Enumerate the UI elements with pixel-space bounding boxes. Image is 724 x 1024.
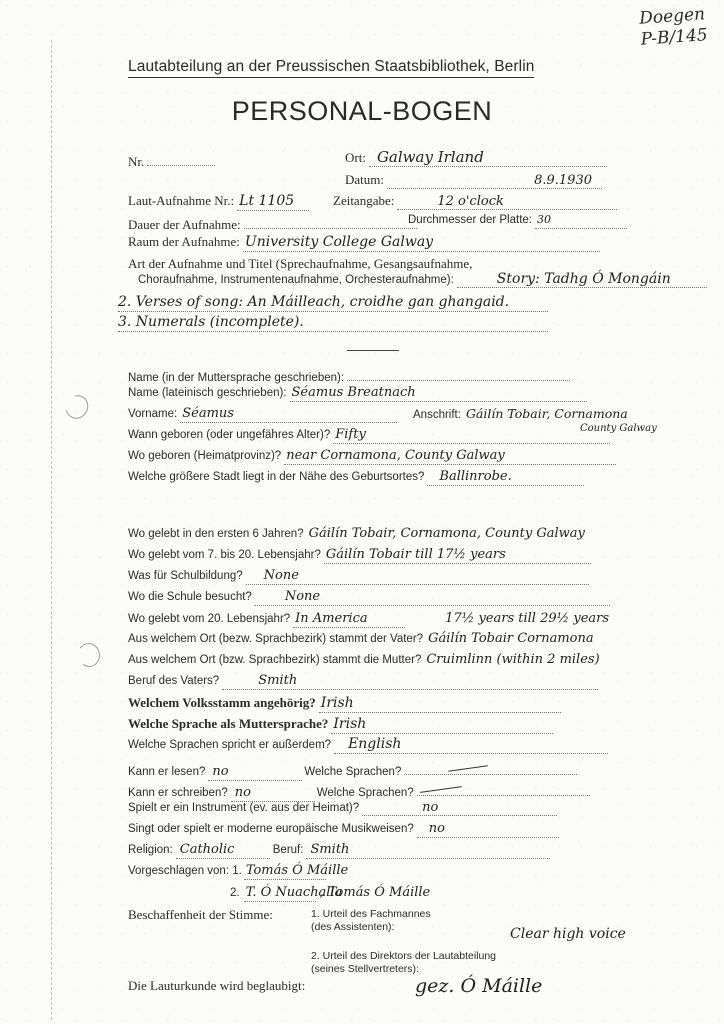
field-sprachen: Welche Sprachen spricht er außerdem? Eng… (128, 738, 608, 754)
field-value[interactable]: Tomás Ó Máille (244, 864, 326, 880)
field-label: Kann er lesen? (128, 766, 205, 778)
field-value[interactable]: no (417, 822, 559, 838)
field-label: Aus welchem Ort (bzw. Sprachbezirk) stam… (128, 654, 421, 666)
field-value[interactable]: Smith (306, 843, 550, 859)
field-value[interactable]: near Cornamona, County Galway (284, 449, 616, 465)
field-label: Durchmesser der Platte: (408, 214, 532, 226)
field-value[interactable]: Gáilín Tobair, Cornamona, County Galway (307, 527, 649, 542)
field-value[interactable]: Gáilín Tobair till 17½ years (324, 548, 591, 564)
field-label: Dauer der Aufnahme: (128, 217, 241, 233)
field-label: 2. Urteil des Direktors der Lautabteilun… (311, 950, 496, 963)
field-label: Anschrift: (413, 409, 461, 421)
field-ort: Ort: Galway Irland (345, 150, 607, 167)
field-label: Welche Sprachen? (317, 787, 414, 799)
field-dauer: Dauer der Aufnahme: (128, 213, 417, 233)
field-name-latin: Name (lateinisch geschrieben): Séamus Br… (128, 386, 587, 402)
field-zeitangabe: Zeitangabe: 12 o'clock (333, 193, 617, 210)
field-value[interactable] (147, 150, 215, 166)
field-religion: Religion: Catholic Beruf: Smith (128, 843, 550, 859)
field-schule: Wo die Schule besucht? None (128, 590, 610, 606)
field-label: Beruf: (273, 844, 304, 856)
field-value[interactable] (347, 365, 570, 381)
signature[interactable]: gez. Ó Máille (415, 975, 542, 997)
field-art-3: 3. Numerals (incomplete). (118, 316, 548, 332)
field-vorgeschlagen-2: 2. T. Ó Nuachalla , Tomás Ó Máille (230, 885, 430, 902)
field-label: Nr. (128, 154, 144, 170)
field-value[interactable]: Irish (319, 697, 561, 713)
field-geboren-wann: Wann geboren (oder ungefähres Alter)? Fi… (128, 428, 610, 444)
field-label: Raum der Aufnahme: (128, 234, 240, 250)
field-label: Name (lateinisch geschrieben): (128, 387, 287, 399)
archive-reference: Doegen P-B/145 (639, 3, 722, 50)
field-label: Laut-Aufnahme Nr.: (128, 193, 234, 209)
field-value[interactable]: Fifty (333, 428, 610, 444)
field-label: Spielt er ein Instrument (ev. aus der He… (128, 802, 359, 814)
field-value-secondary[interactable]: 17½ years till 29½ years (445, 611, 609, 626)
field-name-mother-tongue: Name (in der Muttersprache geschrieben): (128, 365, 570, 384)
field-schreiben: Kann er schreiben? no Welche Sprachen? (128, 780, 590, 802)
field-value[interactable]: Lt 1105 (237, 195, 309, 211)
field-value[interactable]: Ballinrobe. (427, 470, 584, 486)
field-muttersprache: Welche Sprache als Muttersprache? Irish (128, 716, 553, 734)
field-label: Vorname: (128, 408, 177, 420)
field-label: Art der Aufnahme und Titel (Sprechaufnah… (128, 256, 472, 272)
field-value[interactable]: Catholic (176, 843, 270, 859)
field-label: Wo gelebt vom 7. bis 20. Lebensjahr? (128, 549, 321, 561)
field-value[interactable]: 2. Verses of song: An Máilleach, croidhe… (118, 296, 548, 312)
field-instrument: Spielt er ein Instrument (ev. aus der He… (128, 801, 557, 816)
field-value[interactable] (404, 759, 577, 775)
field-stimme: Beschaffenheit der Stimme: (128, 907, 273, 923)
field-value[interactable]: None (255, 590, 610, 606)
field-value[interactable]: T. Ó Nuachalla (244, 886, 316, 902)
field-jahre-7-20: Wo gelebt vom 7. bis 20. Lebensjahr? Gái… (128, 548, 591, 564)
field-value[interactable]: Smith (222, 674, 598, 690)
urteil-direktor: 2. Urteil des Direktors der Lautabteilun… (311, 950, 496, 976)
field-label: Welche Sprachen spricht er außerdem? (128, 739, 331, 751)
field-label: Wo geboren (Heimatprovinz)? (128, 450, 281, 462)
field-label: Welche Sprachen? (304, 766, 401, 778)
field-label: Welche Sprache als Muttersprache? (128, 716, 328, 732)
field-geboren-wo: Wo geboren (Heimatprovinz)? near Cornamo… (128, 449, 616, 465)
field-label: 2. (230, 887, 240, 899)
field-musik: Singt oder spielt er moderne europäische… (128, 822, 559, 838)
field-label: Welchem Volksstamm angehörig? (128, 695, 316, 711)
field-value[interactable]: 3. Numerals (incomplete). (118, 316, 548, 332)
field-label: Beschaffenheit der Stimme: (128, 907, 273, 923)
field-label: Die Lauturkunde wird beglaubigt: (128, 978, 305, 994)
field-label: Was für Schulbildung? (128, 570, 243, 582)
field-vorgeschlagen-1: Vorgeschlagen von: 1. Tomás Ó Máille (128, 864, 326, 880)
field-label: 1. Urteil des Fachmannes (311, 908, 431, 921)
field-value[interactable]: no (208, 765, 302, 781)
field-beruf-vater: Beruf des Vaters? Smith (128, 674, 598, 690)
field-vater-ort: Aus welchem Ort (bezw. Sprachbezirk) sta… (128, 632, 613, 647)
field-laut-aufnahme: Laut-Aufnahme Nr.: Lt 1105 (128, 193, 309, 211)
field-label: Wo gelebt vom 20. Lebensjahr? (128, 613, 290, 625)
field-value[interactable]: Clear high voice (510, 926, 626, 942)
field-value[interactable]: University College Galway (243, 236, 600, 252)
field-nr: Nr. (128, 150, 215, 170)
field-art-2: 2. Verses of song: An Máilleach, croidhe… (118, 296, 548, 312)
form-title: PERSONAL-BOGEN (0, 96, 724, 127)
field-value[interactable]: Séamus Breatnach (290, 386, 587, 402)
field-label: Wann geboren (oder ungefähres Alter)? (128, 429, 330, 441)
field-label: Wo die Schule besucht? (128, 591, 252, 603)
field-value[interactable]: Gáilín Tobair, Cornamona (464, 407, 671, 422)
field-value[interactable]: no (362, 801, 557, 816)
field-value[interactable]: Galway Irland (369, 151, 607, 167)
field-stadt: Welche größere Stadt liegt in der Nähe d… (128, 470, 584, 486)
field-value[interactable]: In America (293, 612, 405, 628)
field-raum: Raum der Aufnahme: University College Ga… (128, 234, 600, 252)
field-label: Ort: (345, 150, 366, 166)
institution-heading: Lautabteilung an der Preussischen Staats… (128, 58, 534, 78)
field-label: Choraufnahme, Instrumentenaufnahme, Orch… (138, 274, 454, 286)
field-label: Name (in der Muttersprache geschrieben): (128, 372, 344, 384)
field-value[interactable]: 12 o'clock (397, 195, 617, 210)
field-ab-20: Wo gelebt vom 20. Lebensjahr? In America… (128, 611, 609, 628)
field-schulbildung: Was für Schulbildung? None (128, 569, 589, 585)
field-label: Beruf des Vaters? (128, 675, 219, 687)
field-label: Vorgeschlagen von: 1. (128, 865, 242, 877)
field-label: Wo gelebt in den ersten 6 Jahren? (128, 528, 304, 540)
field-label: (des Assistenten): (311, 921, 431, 934)
field-mutter-ort: Aus welchem Ort (bzw. Sprachbezirk) stam… (128, 653, 626, 668)
field-erste-6-jahre: Wo gelebt in den ersten 6 Jahren? Gáilín… (128, 527, 649, 542)
urteil-fachmann: 1. Urteil des Fachmannes (des Assistente… (311, 908, 431, 934)
field-label: Welche größere Stadt liegt in der Nähe d… (128, 471, 424, 483)
field-label: Aus welchem Ort (bezw. Sprachbezirk) sta… (128, 633, 423, 645)
field-value[interactable]: 30 (535, 213, 627, 229)
field-value[interactable]: Séamus (180, 407, 397, 423)
field-datum: Datum: 8.9.1930 (345, 172, 602, 189)
field-label: Zeitangabe: (333, 193, 394, 209)
field-beglaubigt: Die Lauturkunde wird beglaubigt: (128, 978, 305, 994)
field-label: Datum: (345, 172, 384, 188)
field-value[interactable]: Irish (331, 718, 553, 734)
section-divider (347, 350, 399, 351)
field-value[interactable]: None (246, 569, 589, 585)
field-label: Kann er schreiben? (128, 787, 228, 799)
field-art: Choraufnahme, Instrumentenaufnahme, Orch… (138, 273, 707, 288)
field-value[interactable]: English (334, 738, 608, 754)
field-value[interactable]: 8.9.1930 (387, 174, 602, 189)
field-value[interactable]: Story: Tadhg Ó Mongáin (457, 273, 707, 288)
margin-perforation-line (51, 40, 52, 1020)
field-value[interactable] (244, 213, 417, 229)
field-durchmesser: Durchmesser der Platte: 30 (408, 213, 627, 229)
field-volksstamm: Welchem Volksstamm angehörig? Irish (128, 695, 561, 713)
field-value[interactable]: Gáilín Tobair Cornamona (426, 632, 613, 647)
field-label: Religion: (128, 844, 173, 856)
field-art-label: Art der Aufnahme und Titel (Sprechaufnah… (128, 256, 472, 272)
field-lesen: Kann er lesen? no Welche Sprachen? (128, 759, 577, 781)
field-anschrift: Anschrift: Gáilín Tobair, Cornamona (413, 407, 671, 422)
field-value[interactable]: Cruimlinn (within 2 miles) (424, 653, 626, 668)
field-vorname: Vorname: Séamus (128, 407, 397, 423)
field-value[interactable]: no (231, 786, 315, 802)
field-label: Singt oder spielt er moderne europäische… (128, 823, 414, 835)
